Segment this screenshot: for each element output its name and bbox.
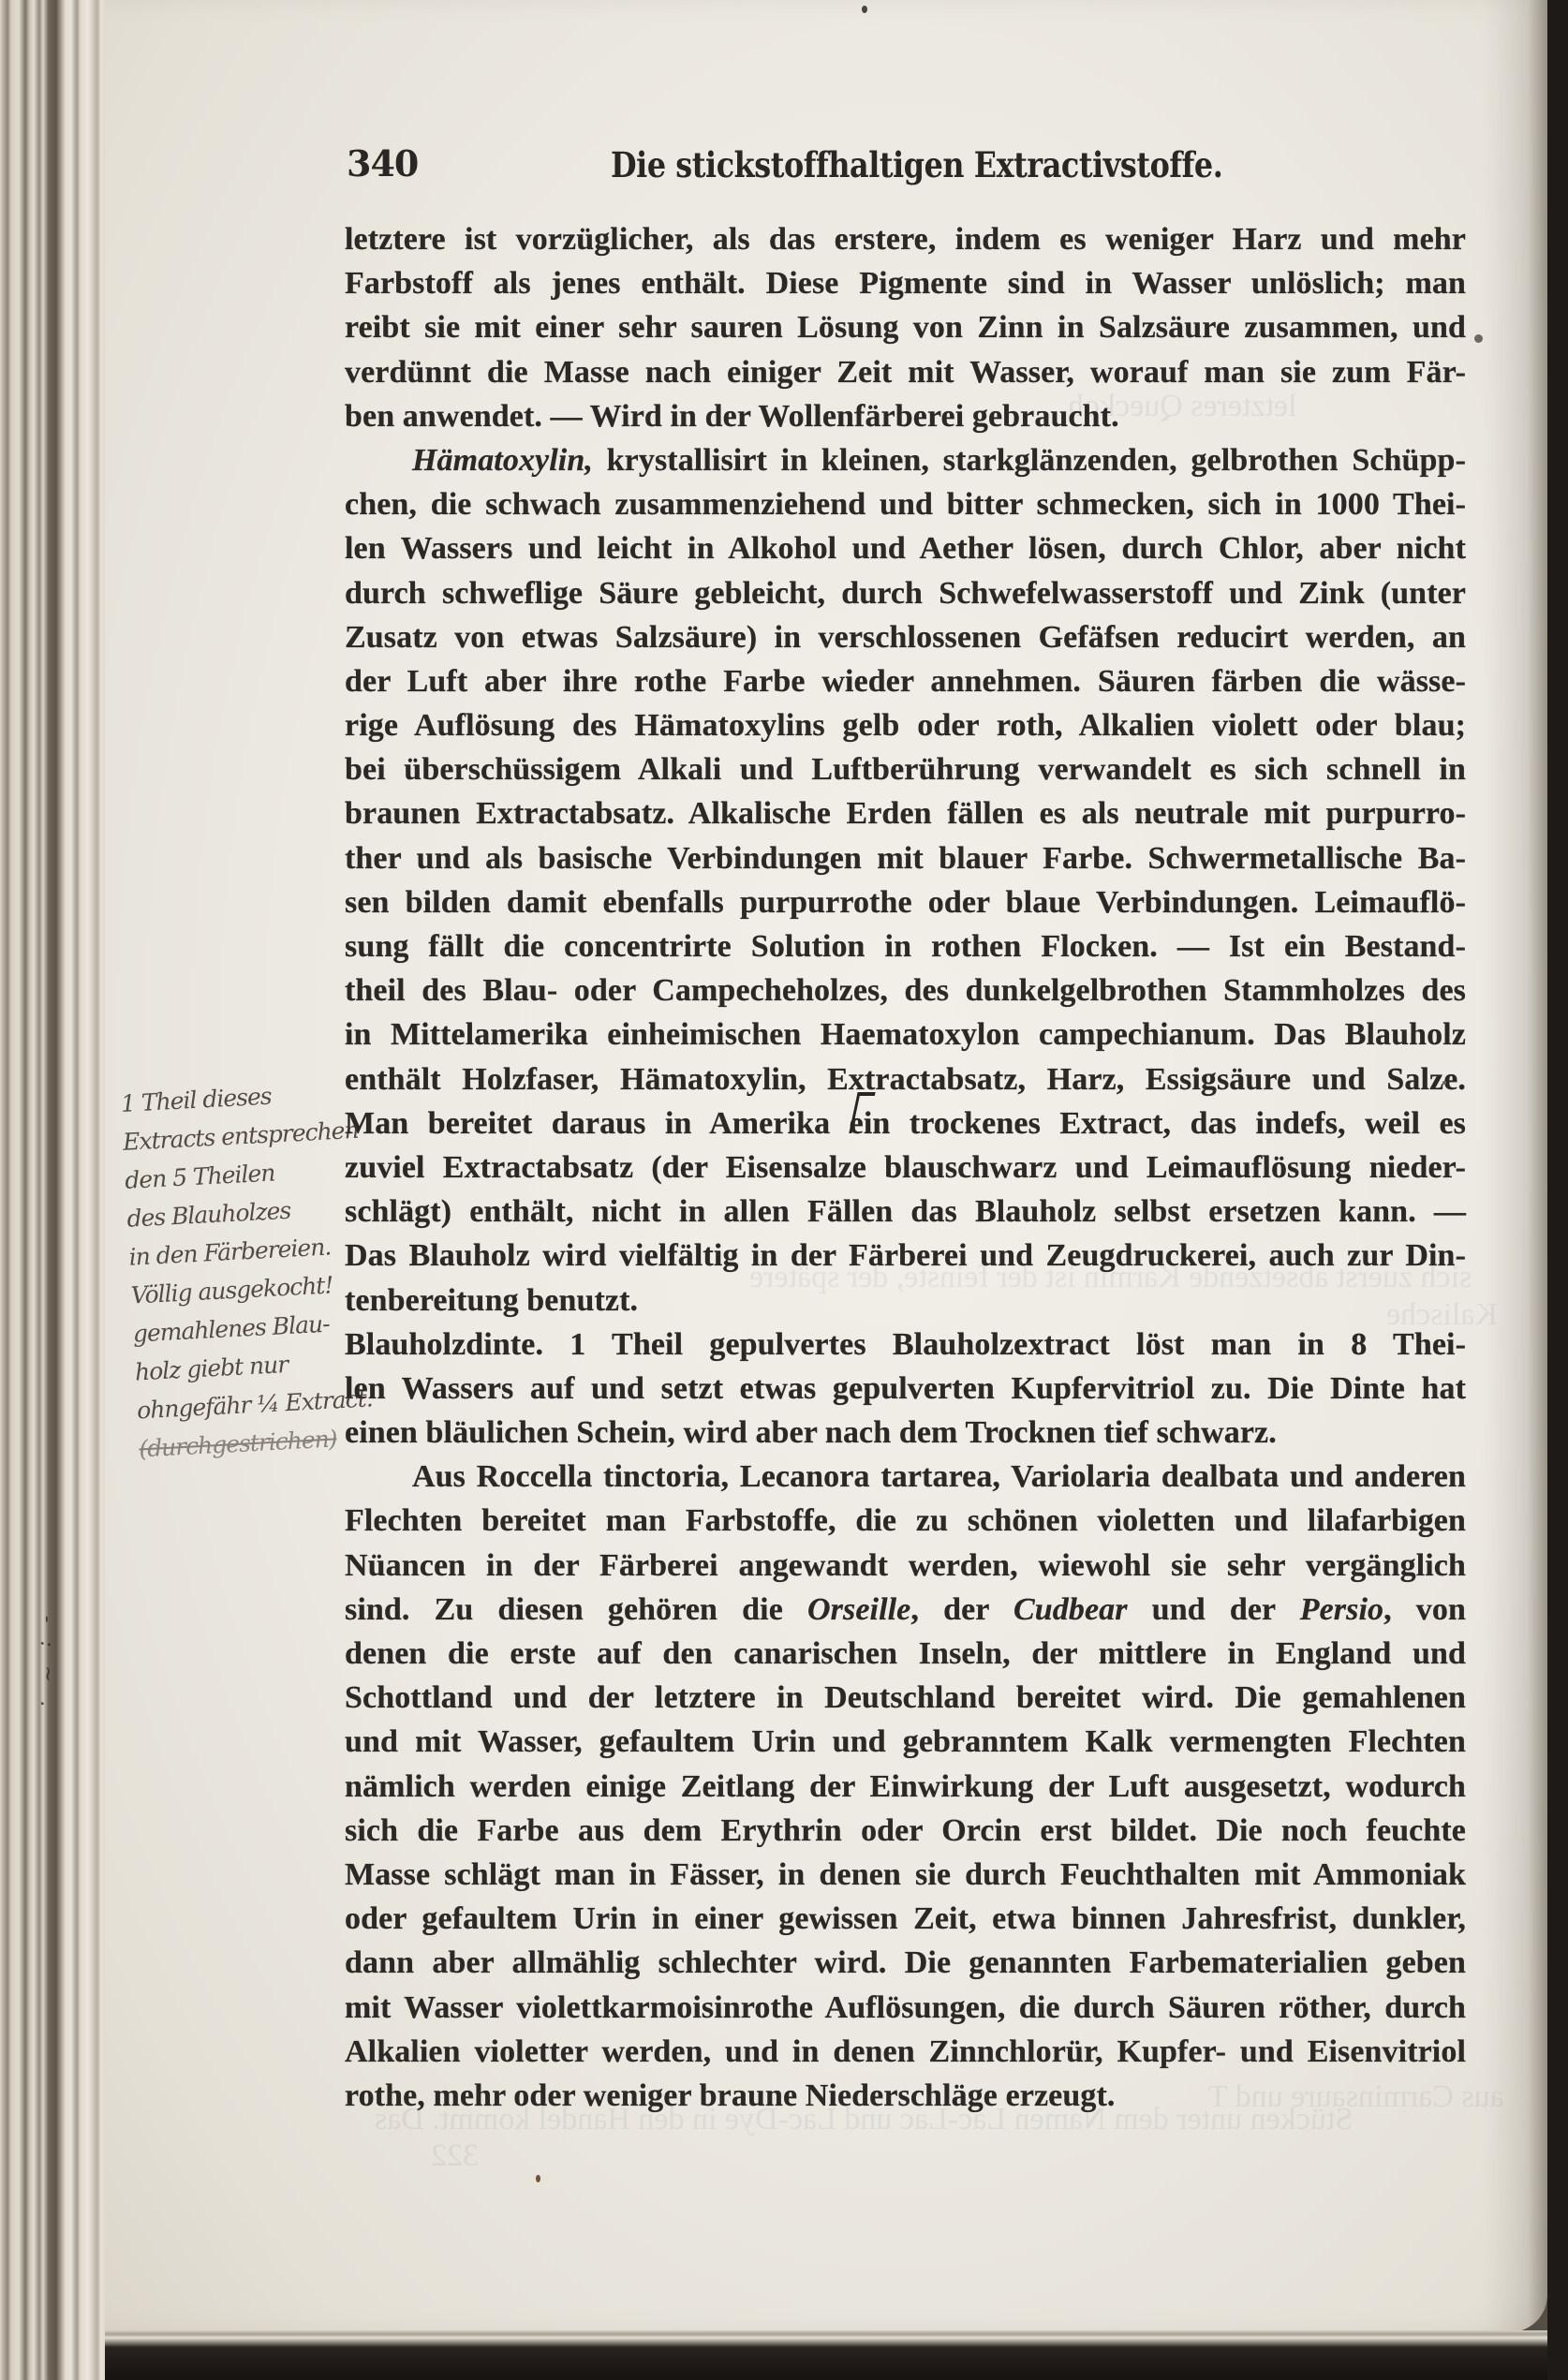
page-number: 340 [347, 142, 418, 185]
text-line: tenbereitung benutzt. [345, 1279, 1466, 1323]
text-line: bei überschüssigem Alkali und Luftberühr… [345, 747, 1466, 791]
term-haematoxylin: Hämatoxylin, [412, 443, 593, 478]
text-line: denen die erste auf den canarischen Inse… [345, 1632, 1466, 1676]
text-line: verdünnt die Masse nach einiger Zeit mit… [345, 350, 1466, 394]
text-line: sich die Farbe aus dem Erythrin oder Orc… [345, 1809, 1466, 1853]
page-stack-edges [0, 0, 111, 2380]
text-line: Das Blauholz wird vielfältig in der Färb… [345, 1234, 1466, 1278]
page-header: 340 Die stickstoffhaltigen Extractivstof… [347, 142, 1508, 189]
paper-speck [536, 2175, 540, 2182]
text-line: oder gefaultem Urin in einer gewissen Ze… [345, 1897, 1466, 1941]
text-line: chen, die schwach zusammenziehend und bi… [345, 482, 1466, 526]
paragraph-start-haematoxylin: Hämatoxylin, krystallisirt in kleinen, s… [345, 438, 1466, 482]
text-line: Masse schlägt man in Fässer, in denen si… [345, 1853, 1466, 1897]
text-line: enthält Holzfaser, Hämatoxylin, Extracta… [345, 1057, 1466, 1101]
text-line: Zusatz von etwas Salzsäure) in verschlos… [345, 615, 1466, 659]
text-line: ther und als basische Verbindungen mit b… [345, 836, 1466, 880]
text-line: sen bilden damit ebenfalls purpurrothe o… [345, 880, 1466, 924]
term-persio: Persio [1300, 1592, 1383, 1627]
text-line: ben anwendet. — Wird in der Wollenfärber… [345, 394, 1466, 438]
text-line: Schottland und der letztere in Deutschla… [345, 1676, 1466, 1720]
term-orseille: Orseille [807, 1592, 910, 1627]
text-line: rige Auflösung des Hämatoxylins gelb ode… [345, 703, 1466, 747]
text-line-with-terms: sind. Zu diesen gehören die Orseille, de… [345, 1588, 1466, 1632]
page-bottom-edge [105, 2330, 1547, 2380]
paper-speck [1474, 334, 1483, 343]
showthrough-text: 322 [431, 2138, 479, 2174]
text-segment: , von [1383, 1592, 1466, 1627]
text-line: einen bläulichen Schein, wird aber nach … [345, 1411, 1466, 1455]
text-line: Flechten bereitet man Farbstoffe, die zu… [345, 1499, 1466, 1543]
text-line: durch schweflige Säure gebleicht, durch … [345, 571, 1466, 615]
paper-speck [1442, 1081, 1446, 1085]
handwritten-marginalia: 1 Theil dieses Extracts entsprechen den … [120, 1072, 369, 1468]
text-line: zuviel Extractabsatz (der Eisensalze bla… [345, 1146, 1466, 1190]
text-line: in Mittelamerika einheimischen Haematoxy… [345, 1013, 1466, 1057]
text-line: len Wassers auf und setzt etwas gepulver… [345, 1367, 1466, 1411]
text-segment: , der [910, 1592, 1013, 1627]
body-text: letztere ist vorzüglicher, als das erste… [345, 217, 1466, 2118]
text-line: braunen Extractabsatz. Alkalische Erden … [345, 791, 1466, 835]
paper-speck [862, 6, 867, 13]
paragraph-start-blauholzdinte: Blauholzdinte. 1 Theil gepulvertes Blauh… [345, 1323, 1466, 1367]
running-title: Die stickstoffhaltigen Extractivstoffe. [611, 144, 1222, 185]
text-line: Nüancen in der Färberei angewandt werden… [345, 1544, 1466, 1588]
text-segment: sind. Zu diesen gehören die [345, 1592, 807, 1627]
text-line: rothe, mehr oder weniger braune Niedersc… [345, 2074, 1466, 2118]
text-line: mit Wasser violettkarmoisinrothe Auflösu… [345, 1986, 1466, 2030]
text-line: dann aber allmählig schlechter wird. Die… [345, 1941, 1466, 1985]
text-line: letztere ist vorzüglicher, als das erste… [345, 217, 1466, 261]
text-line: Alkalien violetter werden, und in denen … [345, 2030, 1466, 2074]
text-line: reibt sie mit einer sehr sauren Lösung v… [345, 305, 1466, 349]
text-line: theil des Blau- oder Campecheholzes, des… [345, 968, 1466, 1013]
text-line: len Wassers und leicht in Alkohol und Ae… [345, 526, 1466, 570]
text-line: nämlich werden einige Zeitlang der Einwi… [345, 1765, 1466, 1809]
text-line: schlägt) enthält, nicht in allen Fällen … [345, 1190, 1466, 1234]
spine-ink-marks: - : ~ . [36, 1616, 59, 1712]
text-line: Man bereitet daraus in Amerika ein trock… [345, 1101, 1466, 1146]
text-line: der Luft aber ihre rothe Farbe wieder an… [345, 659, 1466, 703]
text-segment: und der [1128, 1592, 1300, 1627]
text-line: sung fällt die concentrirte Solution in … [345, 924, 1466, 968]
text-line: Farbstoff als jenes enthält. Diese Pigme… [345, 261, 1466, 305]
scanned-page: letzteres Queckoh sich zuerst absetzende… [0, 0, 1568, 2380]
paragraph-start-roccella: Aus Roccella tinctoria, Lecanora tartare… [345, 1455, 1466, 1499]
term-cudbear: Cudbear [1013, 1592, 1128, 1627]
text-segment: krystallisirt in kleinen, starkglänzende… [593, 443, 1466, 478]
text-line: und mit Wasser, gefaultem Urin und gebra… [345, 1720, 1466, 1764]
